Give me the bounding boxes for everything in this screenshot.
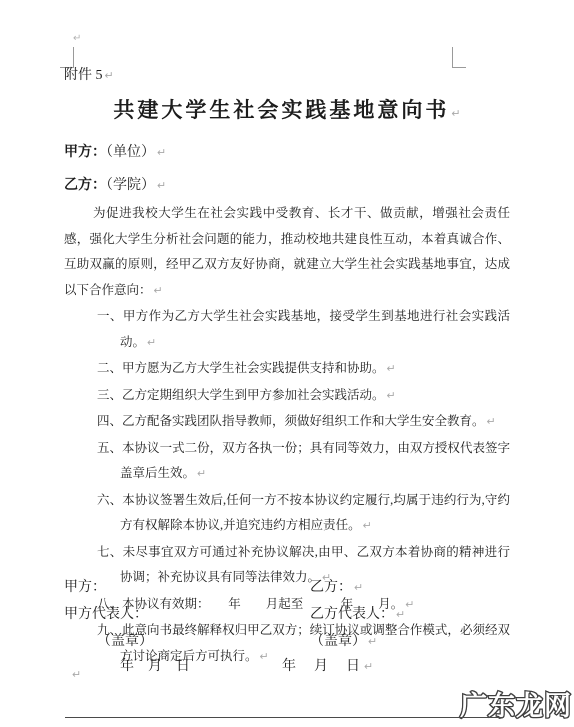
empty-paragraph-mark: ↵ (72, 668, 81, 681)
paragraph-mark: ↵ (147, 337, 156, 349)
signature-seals-row: （盖章） （盖章）↵ (64, 632, 510, 652)
document-title: 共建大学生社会实践基地意向书↵ (64, 95, 510, 129)
document-page: ↵ 附件 5↵ 共建大学生社会实践基地意向书↵ 甲方：（单位）↵ 乙方：（学院）… (0, 0, 574, 727)
clause-item-4: 四、乙方配备实践团队指导教师，须做好组织工作和大学生安全教育。↵ (120, 409, 510, 436)
clause-text: 六、本协议签署生效后,任何一方不按本协议约定履行,均属于违约行为,守约方有权解除… (97, 493, 510, 533)
document-title-text: 共建大学生社会实践基地意向书 (113, 98, 449, 122)
signature-reps-row: 甲方代表人： 乙方代表人：↵ (64, 605, 510, 625)
footer-divider-line (65, 717, 503, 718)
paragraph-mark: ↵ (105, 70, 114, 82)
paragraph-mark: ↵ (157, 180, 166, 192)
paragraph-mark: ↵ (197, 468, 206, 480)
party-a-label: 甲方： (64, 145, 106, 160)
clause-text: 二、甲方愿为乙方大学生社会实践提供支持和协助。 (97, 361, 385, 375)
paragraph-mark: ↵ (487, 416, 496, 428)
margin-corner-mark-left (60, 47, 74, 68)
attachment-label: 附件 5↵ (64, 66, 510, 86)
clause-item-1: 一、甲方作为乙方大学生社会实践基地，接受学生到基地进行社会实践活动。↵ (120, 304, 510, 356)
margin-corner-mark-right (452, 47, 466, 68)
party-b-value: （学院） (106, 178, 155, 193)
signature-party-a-label: 甲方： (64, 580, 106, 595)
signature-party-b-label: 乙方： (310, 580, 352, 595)
date-line-left: 年 月 日 (64, 659, 190, 674)
clause-item-6: 六、本协议签署生效后,任何一方不按本协议约定履行,均属于违约行为,守约方有权解除… (120, 488, 510, 540)
signature-party-b: 乙方：↵ (310, 578, 363, 598)
date-line-right: 年 月 日 (282, 659, 362, 674)
clause-item-5: 五、本协议一式二份，双方各执一份；具有同等效力，由双方授权代表签字盖章后生效。↵ (120, 436, 510, 488)
clause-text: 一、甲方作为乙方大学生社会实践基地，接受学生到基地进行社会实践活动。 (97, 309, 510, 349)
signature-parties-row: 甲方： 乙方：↵ (64, 578, 510, 598)
seal-label-right: （盖章） (310, 634, 366, 649)
paragraph-mark: ↵ (157, 147, 166, 159)
party-a-value: （单位） (106, 145, 155, 160)
paragraph-mark: ↵ (354, 582, 363, 594)
paragraph-mark: ↵ (387, 363, 396, 375)
paragraph-mark: ↵ (363, 520, 372, 532)
party-b-line: 乙方：（学院）↵ (64, 176, 510, 196)
signature-party-a-rep-label: 甲方代表人： (64, 607, 148, 622)
clause-text: 三、乙方定期组织大学生到甲方参加社会实践活动。 (97, 388, 385, 402)
clause-text: 四、乙方配备实践团队指导教师，须做好组织工作和大学生安全教育。 (97, 414, 485, 428)
party-b-label: 乙方： (64, 178, 106, 193)
paragraph-mark: ↵ (387, 390, 396, 402)
clause-item-3: 三、乙方定期组织大学生到甲方参加社会实践活动。↵ (120, 383, 510, 410)
paragraph-mark: ↵ (396, 609, 405, 621)
clause-item-2: 二、甲方愿为乙方大学生社会实践提供支持和协助。↵ (120, 356, 510, 383)
header-paragraph-mark: ↵ (73, 34, 81, 44)
document-body: 附件 5↵ 共建大学生社会实践基地意向书↵ 甲方：（单位）↵ 乙方：（学院）↵ … (64, 66, 510, 670)
intro-paragraph: 为促进我校大学生在社会实践中受教育、长才干、做贡献，增强社会责任感，强化大学生分… (64, 201, 510, 304)
intro-paragraph-text: 为促进我校大学生在社会实践中受教育、长才干、做贡献，增强社会责任感，强化大学生分… (64, 206, 510, 297)
paragraph-mark: ↵ (154, 285, 163, 297)
signature-party-b-rep-label: 乙方代表人： (310, 607, 394, 622)
signature-dates-row: 年 月 日 年 月 日↵ (64, 657, 510, 677)
paragraph-mark: ↵ (364, 661, 373, 673)
date-right-cell: 年 月 日↵ (282, 657, 373, 677)
paragraph-mark: ↵ (368, 636, 377, 648)
paragraph-mark: ↵ (451, 108, 460, 120)
signature-party-b-rep: 乙方代表人：↵ (310, 605, 405, 625)
seal-label-left: （盖章） (64, 634, 153, 649)
attachment-label-text: 附件 5 (64, 68, 103, 83)
clause-text: 五、本协议一式二份，双方各执一份；具有同等效力，由双方授权代表签字盖章后生效。 (97, 441, 510, 481)
party-a-line: 甲方：（单位）↵ (64, 143, 510, 163)
seal-right-cell: （盖章）↵ (310, 632, 377, 652)
